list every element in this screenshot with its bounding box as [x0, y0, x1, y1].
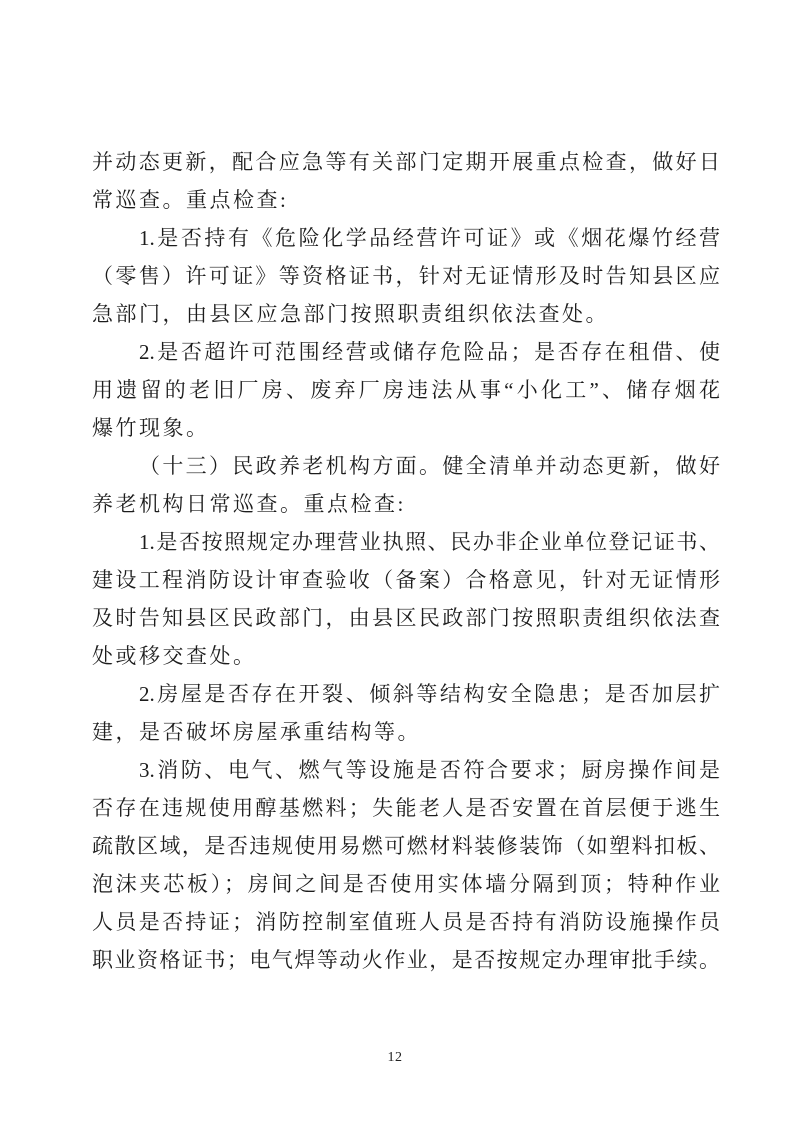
- text-line: （零售）许可证》等资格证书，针对无证情形及时告知县区应: [92, 257, 720, 295]
- text-line: 及时告知县区民政部门，由县区民政部门按照职责组织依法查: [92, 599, 720, 637]
- text-line: 2.房屋是否存在开裂、倾斜等结构安全隐患；是否加层扩: [92, 675, 720, 713]
- text-line: 养老机构日常巡查。重点检查:: [92, 485, 720, 523]
- text-line: 并动态更新，配合应急等有关部门定期开展重点检查，做好日: [92, 143, 720, 181]
- text-line: （十三）民政养老机构方面。健全清单并动态更新，做好: [92, 447, 720, 485]
- text-line: 建，是否破坏房屋承重结构等。: [92, 713, 720, 751]
- text-line: 3.消防、电气、燃气等设施是否符合要求；厨房操作间是: [92, 751, 720, 789]
- page-number: 12: [0, 1050, 790, 1066]
- text-line: 职业资格证书；电气焊等动火作业，是否按规定办理审批手续。: [92, 941, 720, 979]
- document-page: 并动态更新，配合应急等有关部门定期开展重点检查，做好日常巡查。重点检查:1.是否…: [0, 0, 790, 1122]
- document-body: 并动态更新，配合应急等有关部门定期开展重点检查，做好日常巡查。重点检查:1.是否…: [92, 143, 720, 979]
- text-line: 人员是否持证；消防控制室值班人员是否持有消防设施操作员: [92, 903, 720, 941]
- text-line: 用遗留的老旧厂房、废弃厂房违法从事“小化工”、储存烟花: [92, 371, 720, 409]
- text-line: 2.是否超许可范围经营或储存危险品；是否存在租借、使: [92, 333, 720, 371]
- text-line: 处或移交查处。: [92, 637, 720, 675]
- text-line: 1.是否持有《危险化学品经营许可证》或《烟花爆竹经营: [92, 219, 720, 257]
- text-line: 泡沫夹芯板）；房间之间是否使用实体墙分隔到顶；特种作业: [92, 865, 720, 903]
- text-line: 1.是否按照规定办理营业执照、民办非企业单位登记证书、: [92, 523, 720, 561]
- text-line: 爆竹现象。: [92, 409, 720, 447]
- text-line: 急部门，由县区应急部门按照职责组织依法查处。: [92, 295, 720, 333]
- text-line: 常巡查。重点检查:: [92, 181, 720, 219]
- text-line: 疏散区域，是否违规使用易燃可燃材料装修装饰（如塑料扣板、: [92, 827, 720, 865]
- text-line: 否存在违规使用醇基燃料；失能老人是否安置在首层便于逃生: [92, 789, 720, 827]
- text-line: 建设工程消防设计审查验收（备案）合格意见，针对无证情形: [92, 561, 720, 599]
